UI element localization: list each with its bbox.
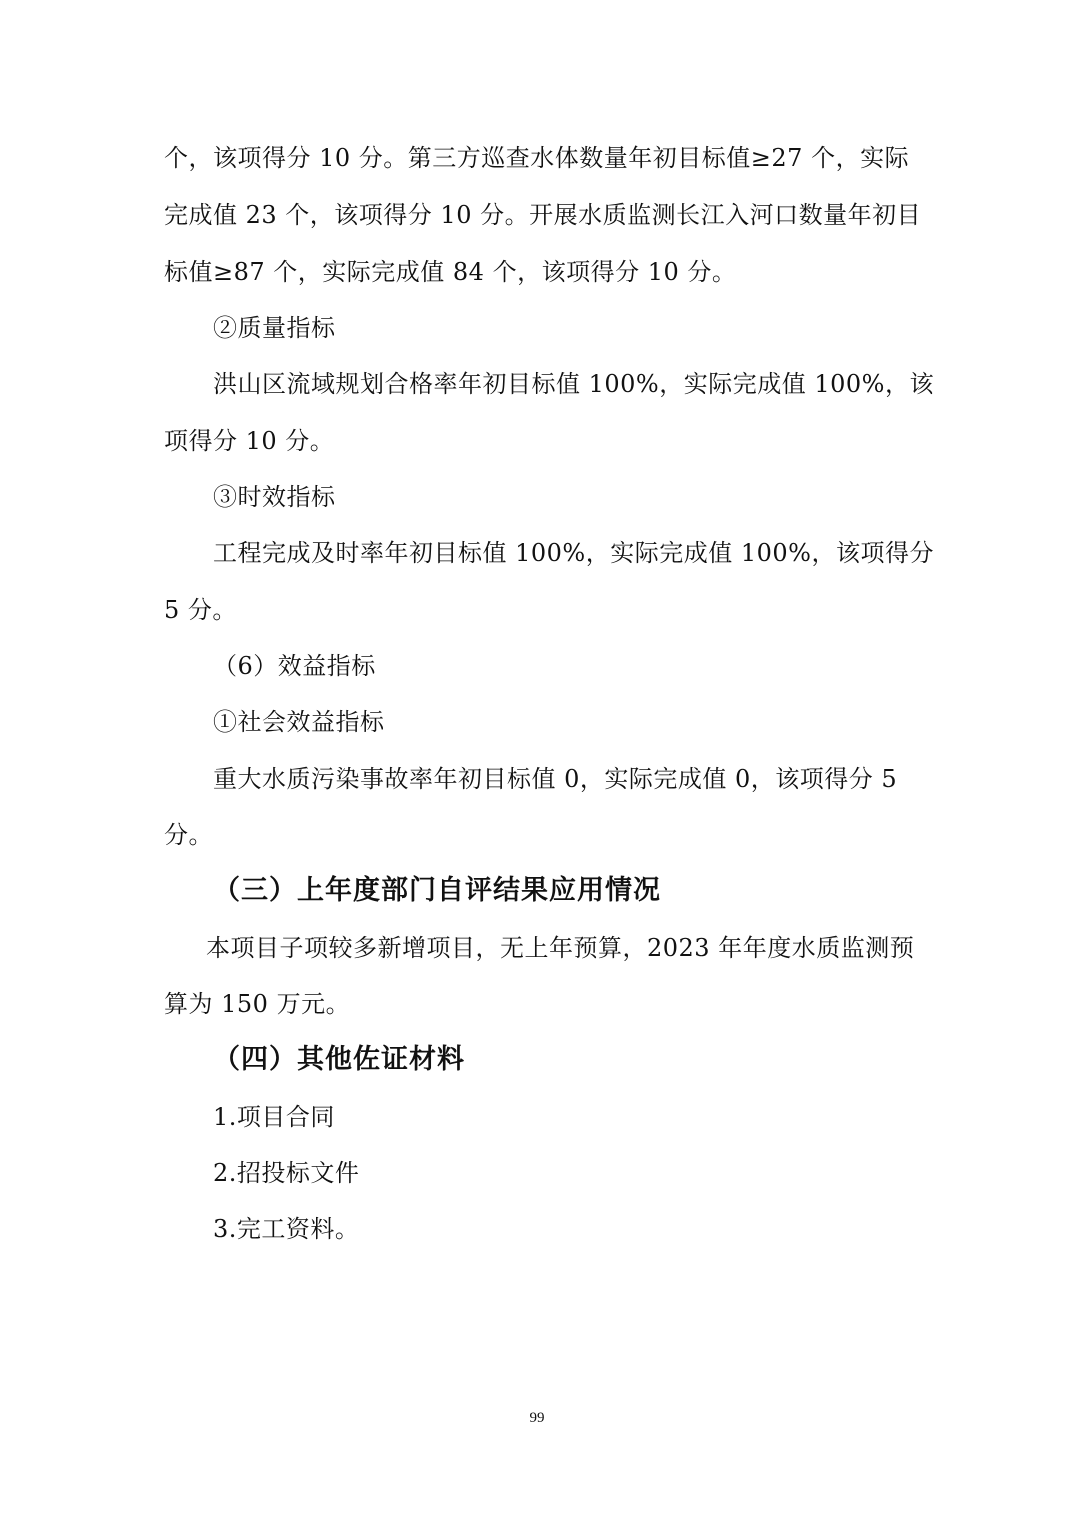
list-item: 1.项目合同 xyxy=(213,1101,335,1133)
subheading-social-benefit: ①社会效益指标 xyxy=(213,706,385,738)
section-heading-self-evaluation: （三）上年度部门自评结果应用情况 xyxy=(213,874,661,908)
paragraph-line: 工程完成及时率年初目标值 100%，实际完成值 100%，该项得分 xyxy=(213,537,934,569)
paragraph-line: 完成值 23 个，该项得分 10 分。开展水质监测长江入河口数量年初目 xyxy=(164,199,921,231)
page-number: 99 xyxy=(0,1410,1074,1427)
paragraph-line: 标值≥87 个，实际完成值 84 个，该项得分 10 分。 xyxy=(164,256,736,288)
paragraph-line: 分。 xyxy=(164,819,213,851)
paragraph-line: 算为 150 万元。 xyxy=(164,988,350,1020)
paragraph-line: 重大水质污染事故率年初目标值 0，实际完成值 0，该项得分 5 xyxy=(213,763,897,795)
paragraph-line: 本项目子项较多新增项目，无上年预算，2023 年年度水质监测预 xyxy=(206,932,914,964)
paragraph-line: 洪山区流域规划合格率年初目标值 100%，实际完成值 100%，该 xyxy=(213,368,934,400)
subheading-benefit-indicators: （6）效益指标 xyxy=(213,650,376,682)
paragraph-line: 个，该项得分 10 分。第三方巡查水体数量年初目标值≥27 个，实际 xyxy=(164,142,909,174)
list-item: 3.完工资料。 xyxy=(213,1213,359,1245)
subheading-timeliness-indicators: ③时效指标 xyxy=(213,481,336,513)
subheading-quality-indicators: ②质量指标 xyxy=(213,312,336,344)
list-item: 2.招投标文件 xyxy=(213,1157,359,1189)
paragraph-line: 项得分 10 分。 xyxy=(164,425,334,457)
section-heading-supporting-materials: （四）其他佐证材料 xyxy=(213,1043,465,1077)
paragraph-line: 5 分。 xyxy=(164,594,237,626)
